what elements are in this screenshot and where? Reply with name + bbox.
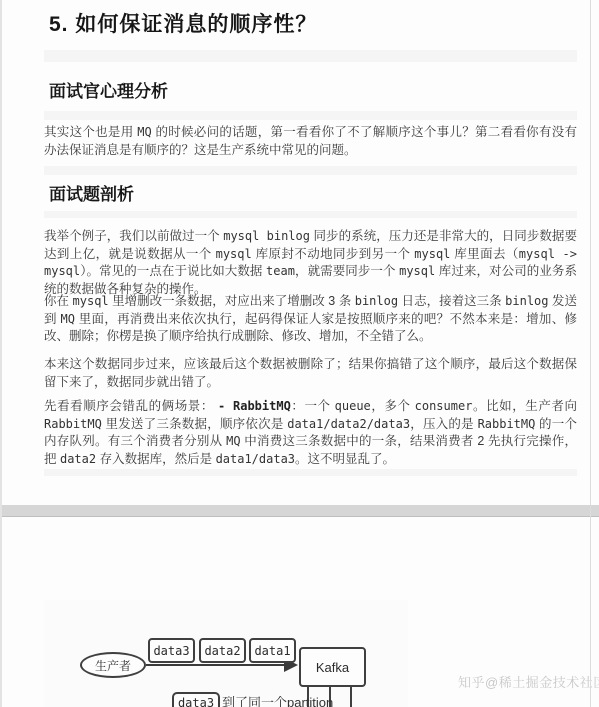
text-run: 其实这个也是用 (44, 125, 137, 139)
text-run: 。比如，生产者向 (472, 399, 577, 413)
paragraph: 我举个例子，我们以前做过一个 mysql binlog 同步的系统，压力还是非常… (44, 228, 577, 298)
paragraph: 先看看顺序会错乱的俩场景： - RabbitMQ：一个 queue，多个 con… (44, 398, 577, 468)
text-run: 你在 (44, 294, 73, 308)
partition-note: 到了同一个partition (222, 692, 333, 707)
inline-code: mysql (414, 247, 450, 261)
producer-to-kafka-arrow (146, 664, 286, 666)
watermark: 知乎@稀土掘金技术社区 (458, 672, 599, 691)
partition-line (350, 687, 352, 707)
text-run: 里发送了三条数据，顺序依次是 (102, 417, 287, 431)
inline-code: mysql (399, 264, 435, 278)
separator-band (44, 50, 577, 62)
text-run: 里增删改一条数据，对应出来了增删改 3 条 (109, 294, 355, 308)
text-run: 存入数据库，然后是 (96, 452, 215, 466)
queue-box: data1 (249, 638, 296, 663)
inline-code: mysql (73, 294, 109, 308)
queue-box: data3 (148, 638, 195, 663)
queue-box: data2 (199, 638, 246, 663)
text-run: ：一个 (291, 399, 335, 413)
page-right-border (590, 0, 591, 707)
inline-code: consumer (415, 399, 473, 413)
queue-box: data3 (172, 692, 220, 707)
text-run: 库原封不动地同步到另一个 (252, 247, 415, 261)
text-run: 我举个例子，我们以前做过一个 (44, 229, 223, 243)
inline-code: queue (335, 399, 371, 413)
inline-code: team (266, 264, 295, 278)
text-run: ，就需要同步一个 (295, 264, 399, 278)
inline-code: RabbitMQ (478, 417, 536, 431)
paragraph: 你在 mysql 里增删改一条数据，对应出来了增删改 3 条 binlog 日志… (44, 293, 577, 346)
separator-band (44, 469, 577, 476)
text-run: 先看看顺序会错乱的俩场景： (44, 399, 218, 413)
inline-code: MQ (137, 125, 151, 139)
inline-code: MQ (226, 434, 240, 448)
section-heading-question-analysis: 面试题剖析 (49, 180, 569, 205)
inline-code: data1/data3 (216, 452, 295, 466)
inline-code: mysql (216, 247, 252, 261)
paragraph: 其实这个也是用 MQ 的时候必问的话题，第一看看你了不了解顺序这个事儿？第二看看… (44, 124, 577, 159)
text-run: ）。常见的一点在于说比如大数据 (80, 264, 266, 278)
separator-band (44, 111, 577, 120)
inline-code: mysql binlog (223, 229, 310, 243)
inline-code: data1/data2/data3 (287, 417, 410, 431)
inline-code: binlog (505, 294, 548, 308)
producer-label: 生产者 (95, 657, 131, 674)
page-divider (2, 505, 599, 517)
inline-code: RabbitMQ (44, 417, 102, 431)
kafka-order-diagram: 生产者 data3 data2 data1 Kafka data3 到了同一个p… (44, 600, 408, 707)
inline-code: MQ (61, 312, 75, 326)
separator-band (44, 211, 577, 218)
section-heading-interviewer-psychology: 面试官心理分析 (49, 77, 569, 102)
text-run: 里面，再消费出来依次执行，起码得保证人家是按照顺序来的吧？不然本来是：增加、修改… (44, 312, 577, 344)
text-run: 。这不明显乱了。 (295, 452, 395, 466)
inline-code: data2 (60, 452, 96, 466)
text-run: 本来这个数据同步过来，应该最后这个数据被删除了；结果你搞错了这个顺序，最后这个数… (44, 357, 577, 389)
separator-band (44, 166, 577, 175)
text-run: ，多个 (371, 399, 415, 413)
text-run: 库里面去（ (450, 247, 518, 261)
text-run: ，压入的是 (410, 417, 478, 431)
text-run: 日志，接着这三条 (398, 294, 505, 308)
page-title: 5. 如何保证消息的顺序性？ (49, 8, 569, 38)
paragraph: 本来这个数据同步过来，应该最后这个数据被删除了；结果你搞错了这个顺序，最后这个数… (44, 356, 577, 391)
kafka-box: Kafka (299, 647, 366, 687)
producer-ellipse: 生产者 (80, 652, 146, 678)
document-page: 5. 如何保证消息的顺序性？ 面试官心理分析 其实这个也是用 MQ 的时候必问的… (0, 0, 599, 707)
kafka-label: Kafka (316, 660, 349, 675)
inline-code: binlog (355, 294, 398, 308)
inline-code-bold: - RabbitMQ (218, 399, 291, 413)
